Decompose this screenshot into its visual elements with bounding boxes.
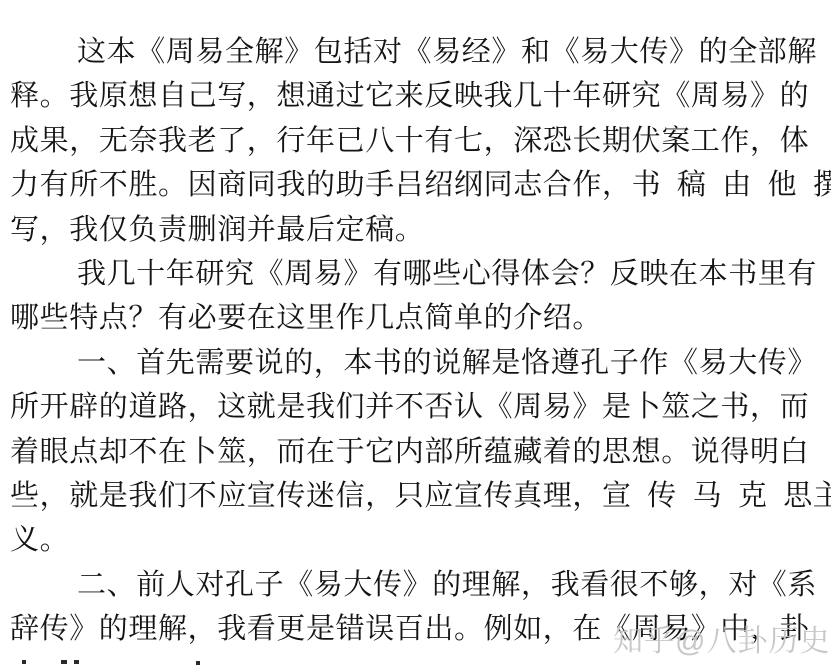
text-line: 着眼点却不在卜筮，而在于它内部所蕴藏着的思想。说得明白 bbox=[10, 430, 825, 474]
text-line: 我几十年研究《周易》有哪些心得体会？反映在本书里有 bbox=[10, 252, 825, 296]
text-line: 成果，无奈我老了，行年已八十有七，深恐长期伏案工作，体 bbox=[10, 119, 825, 163]
text-line: 释。我原想自己写，想通过它来反映我几十年研究《周易》的 bbox=[10, 74, 825, 118]
text-line: 二、前人对孔子《易大传》的理解，我看很不够，对《系 bbox=[10, 563, 825, 607]
cropped-next-line-mark bbox=[61, 660, 67, 664]
text-line: 力有所不胜。因商同我的助手吕绍纲同志合作，书 稿 由 他 撰 bbox=[10, 163, 825, 207]
text-line: 所开辟的道路，这就是我们并不否认《周易》是卜筮之书，而 bbox=[10, 385, 825, 429]
text-line: 一、首先需要说的，本书的说解是恪遵孔子作《易大传》 bbox=[10, 341, 825, 385]
page-text-block: 这本《周易全解》包括对《易经》和《易大传》的全部解 释。我原想自己写，想通过它来… bbox=[10, 30, 825, 651]
text-line: 这本《周易全解》包括对《易经》和《易大传》的全部解 bbox=[10, 30, 825, 74]
cropped-next-line-mark bbox=[196, 661, 200, 665]
text-line: 义。 bbox=[10, 518, 825, 562]
site-watermark: 知乎@八卦历史 bbox=[613, 616, 830, 660]
cropped-next-line-mark bbox=[74, 660, 79, 664]
text-line: 些，就是我们不应宣传迷信，只应宣传真理，宣 传 马 克 思主 bbox=[10, 474, 825, 518]
text-line: 哪些特点？有必要在这里作几点简单的介绍。 bbox=[10, 296, 825, 340]
cropped-next-line-mark bbox=[22, 660, 26, 664]
text-line: 写，我仅负责删润并最后定稿。 bbox=[10, 208, 825, 252]
scanned-book-page: 这本《周易全解》包括对《易经》和《易大传》的全部解 释。我原想自己写，想通过它来… bbox=[0, 0, 831, 665]
